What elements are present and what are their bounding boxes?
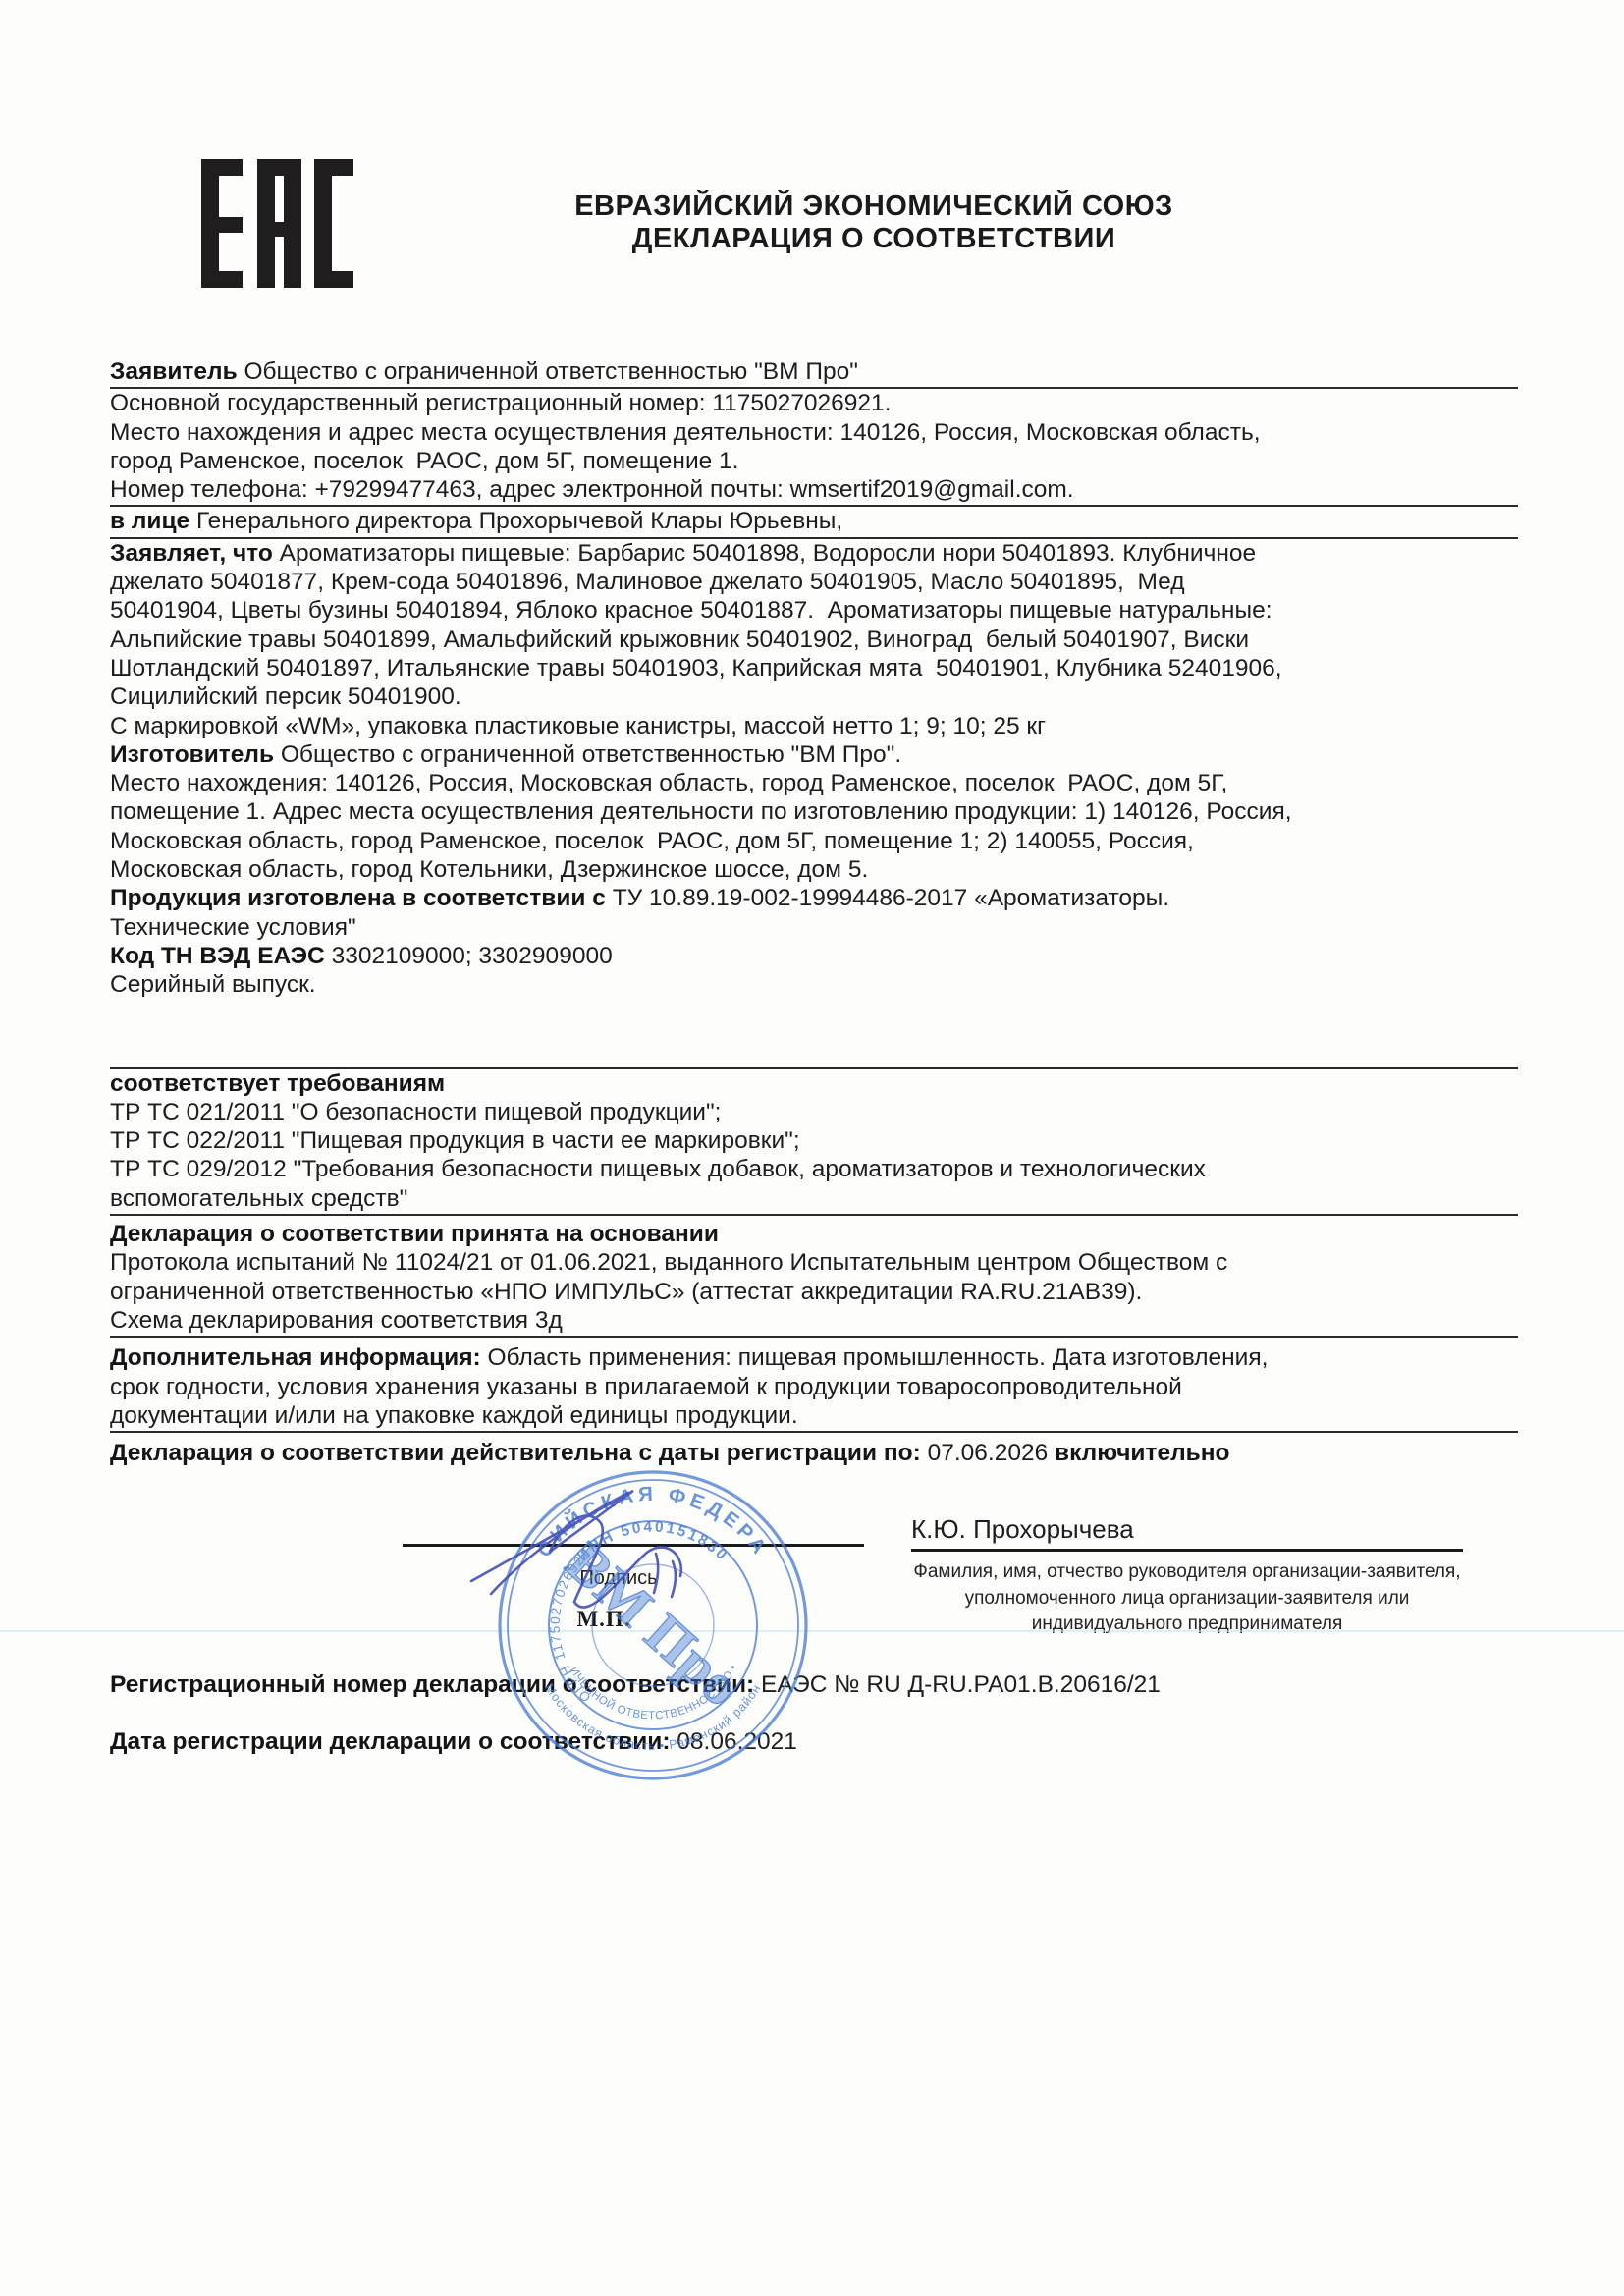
- stamp-inn-text: ИНН 5040151830: [574, 1518, 731, 1564]
- text-line: город Раменское, поселок РАОС, дом 5Г, п…: [110, 447, 1518, 475]
- text-line: Номер телефона: +79299477463, адрес элек…: [110, 475, 1518, 507]
- stamp-inner-bottom-text: ОГРАНИЧЕННОЙ ОТВЕТСТВЕННОСТЬЮ • РАОС: [568, 1616, 740, 1722]
- text-line: ТР ТС 022/2011 "Пищевая продукция в част…: [110, 1126, 1518, 1155]
- signatory-caption-line: уполномоченного лица организации-заявите…: [901, 1586, 1473, 1613]
- text-line: Основной государственный регистрационный…: [110, 389, 1518, 417]
- title-line-2: ДЕКЛАРАЦИЯ О СООТВЕТСТВИИ: [422, 223, 1326, 255]
- text-segment: ограниченной ответственностью «НПО ИМПУЛ…: [110, 1279, 1142, 1305]
- section-divider: [110, 1000, 1518, 1069]
- text-segment: Московская область, город Раменское, пос…: [110, 828, 1194, 854]
- text-segment: Общество с ограниченной ответственностью…: [244, 358, 857, 385]
- label-bold: соответствует требованиям: [110, 1070, 445, 1097]
- label-bold: Декларация о соответствии принята на осн…: [110, 1221, 719, 1247]
- text-segment: ТР ТС 022/2011 "Пищевая продукция в част…: [110, 1127, 800, 1154]
- label-bold: Изготовитель: [110, 741, 281, 768]
- signature-caption: Подпись: [550, 1567, 687, 1590]
- text-line: Шотландский 50401897, Итальянские травы …: [110, 654, 1518, 683]
- text-segment: С маркировкой «WM», упаковка пластиковые…: [110, 713, 1046, 739]
- label-bold: Дополнительная информация:: [110, 1344, 487, 1371]
- text-segment: город Раменское, поселок РАОС, дом 5Г, п…: [110, 448, 739, 474]
- text-line: Протокола испытаний № 11024/21 от 01.06.…: [110, 1248, 1518, 1277]
- text-segment: срок годности, условия хранения указаны …: [110, 1374, 1182, 1400]
- text-segment: Шотландский 50401897, Итальянские травы …: [110, 655, 1282, 682]
- text-segment: Технические условия": [110, 914, 356, 941]
- label-bold: Заявляет, что: [110, 540, 280, 567]
- registration-date-value: 08.06.2021: [677, 1728, 797, 1755]
- text-segment: Схема декларирования соответствия 3д: [110, 1307, 563, 1334]
- document-title: ЕВРАЗИЙСКИЙ ЭКОНОМИЧЕСКИЙ СОЮЗ ДЕКЛАРАЦИ…: [422, 191, 1326, 255]
- text-line: Альпийские травы 50401899, Амальфийский …: [110, 626, 1518, 654]
- text-segment: джелато 50401877, Крем-сода 50401896, Ма…: [110, 569, 1185, 595]
- text-line: Код ТН ВЭД ЕАЭС 3302109000; 3302909000: [110, 942, 1518, 970]
- document-lines: Заявитель Общество с ограниченной ответс…: [110, 357, 1518, 1467]
- text-line: вспомогательных средств": [110, 1184, 1518, 1216]
- text-line: срок годности, условия хранения указаны …: [110, 1373, 1518, 1401]
- text-line: Московская область, город Раменское, пос…: [110, 827, 1518, 855]
- text-segment: Место нахождения: 140126, Россия, Москов…: [110, 770, 1227, 796]
- text-segment: ТР ТС 021/2011 "О безопасности пищевой п…: [110, 1099, 721, 1125]
- text-line: Декларация о соответствии действительна …: [110, 1439, 1518, 1467]
- label-bold: Декларация о соответствии действительна …: [110, 1440, 928, 1466]
- label-bold: Код ТН ВЭД ЕАЭС: [110, 943, 332, 969]
- text-line: 50401904, Цветы бузины 50401894, Яблоко …: [110, 596, 1518, 625]
- stamp-place-caption: М.П.: [535, 1607, 673, 1632]
- text-line: Схема декларирования соответствия 3д: [110, 1306, 1518, 1338]
- text-segment: Серийный выпуск.: [110, 971, 316, 998]
- text-segment: Место нахождения и адрес места осуществл…: [110, 419, 1261, 446]
- text-line: ограниченной ответственностью «НПО ИМПУЛ…: [110, 1278, 1518, 1306]
- text-line: Декларация о соответствии принята на осн…: [110, 1220, 1518, 1248]
- text-line: документации и/или на упаковке каждой ед…: [110, 1401, 1518, 1433]
- registration-number-value: ЕАЭС № RU Д-RU.РА01.В.20616/21: [761, 1671, 1161, 1698]
- svg-text:ИНН 5040151830: ИНН 5040151830: [574, 1518, 731, 1564]
- text-segment: Альпийские травы 50401899, Амальфийский …: [110, 627, 1249, 653]
- text-segment: ТР ТС 029/2012 "Требования безопасности …: [110, 1156, 1206, 1182]
- text-line: ТР ТС 021/2011 "О безопасности пищевой п…: [110, 1098, 1518, 1126]
- registration-number-line: Регистрационный номер декларации о соотв…: [110, 1671, 1161, 1699]
- registration-number-label: Регистрационный номер декларации о соотв…: [110, 1671, 761, 1698]
- text-line: С маркировкой «WM», упаковка пластиковые…: [110, 712, 1518, 740]
- signatory-name-underline: [911, 1549, 1463, 1552]
- label-bold: в лице: [110, 508, 196, 534]
- signatory-name: К.Ю. Прохорычева: [911, 1514, 1134, 1545]
- text-segment: 50401904, Цветы бузины 50401894, Яблоко …: [110, 597, 1272, 624]
- text-segment: Основной государственный регистрационный…: [110, 390, 891, 416]
- text-segment: 3302109000; 3302909000: [332, 943, 613, 969]
- text-line: ТР ТС 029/2012 "Требования безопасности …: [110, 1155, 1518, 1183]
- text-line: Дополнительная информация: Область приме…: [110, 1343, 1518, 1372]
- svg-text:ОГРАНИЧЕННОЙ ОТВЕТСТВЕННОСТЬЮ: ОГРАНИЧЕННОЙ ОТВЕТСТВЕННОСТЬЮ • РАОС: [568, 1616, 740, 1722]
- text-segment: 07.06.2026: [928, 1440, 1055, 1466]
- text-segment: Номер телефона: +79299477463, адрес элек…: [110, 476, 1074, 503]
- text-segment: помещение 1. Адрес места осуществления д…: [110, 798, 1292, 825]
- signature-line: [403, 1544, 864, 1547]
- label-bold: включительно: [1055, 1440, 1229, 1466]
- text-line: соответствует требованиям: [110, 1069, 1518, 1098]
- text-line: Заявитель Общество с ограниченной ответс…: [110, 357, 1518, 389]
- text-line: Сицилийский персик 50401900.: [110, 683, 1518, 711]
- text-segment: документации и/или на упаковке каждой ед…: [110, 1402, 798, 1429]
- text-segment: ТУ 10.89.19-002-19994486-2017 «Ароматиза…: [613, 885, 1169, 911]
- text-line: Заявляет, что Ароматизаторы пищевые: Бар…: [110, 539, 1518, 568]
- text-line: Место нахождения и адрес места осуществл…: [110, 418, 1518, 447]
- eac-logo-icon: [201, 159, 353, 288]
- scan-artifact-line: [0, 1630, 1624, 1632]
- label-bold: Заявитель: [110, 358, 244, 385]
- text-line: в лице Генерального директора Прохорычев…: [110, 507, 1518, 538]
- text-segment: Протокола испытаний № 11024/21 от 01.06.…: [110, 1249, 1227, 1276]
- signatory-caption-line: Фамилия, имя, отчество руководителя орга…: [901, 1559, 1473, 1586]
- text-line: помещение 1. Адрес места осуществления д…: [110, 797, 1518, 826]
- text-line: Московская область, город Котельники, Дз…: [110, 855, 1518, 884]
- text-segment: Ароматизаторы пищевые: Барбарис 50401898…: [280, 540, 1257, 567]
- text-segment: вспомогательных средств": [110, 1185, 407, 1212]
- text-segment: Московская область, город Котельники, Дз…: [110, 856, 868, 883]
- text-segment: Общество с ограниченной ответственностью…: [281, 741, 901, 768]
- declaration-document-page: ЕВРАЗИЙСКИЙ ЭКОНОМИЧЕСКИЙ СОЮЗ ДЕКЛАРАЦИ…: [0, 0, 1624, 2296]
- registration-date-label: Дата регистрации декларации о соответств…: [110, 1728, 677, 1755]
- signatory-caption: Фамилия, имя, отчество руководителя орга…: [901, 1559, 1473, 1638]
- label-bold: Продукция изготовлена в соответствии с: [110, 885, 613, 911]
- text-line: джелато 50401877, Крем-сода 50401896, Ма…: [110, 568, 1518, 596]
- text-line: Технические условия": [110, 913, 1518, 942]
- registration-date-line: Дата регистрации декларации о соответств…: [110, 1728, 797, 1756]
- text-segment: Генерального директора Прохорычевой Клар…: [196, 508, 842, 534]
- text-segment: Область применения: пищевая промышленнос…: [487, 1344, 1268, 1371]
- text-line: Изготовитель Общество с ограниченной отв…: [110, 740, 1518, 769]
- text-segment: Сицилийский персик 50401900.: [110, 683, 461, 710]
- title-line-1: ЕВРАЗИЙСКИЙ ЭКОНОМИЧЕСКИЙ СОЮЗ: [422, 191, 1326, 223]
- text-line: Серийный выпуск.: [110, 970, 1518, 999]
- text-line: Место нахождения: 140126, Россия, Москов…: [110, 769, 1518, 797]
- text-line: Продукция изготовлена в соответствии с Т…: [110, 884, 1518, 912]
- signatory-caption-line: индивидуального предпринимателя: [901, 1612, 1473, 1638]
